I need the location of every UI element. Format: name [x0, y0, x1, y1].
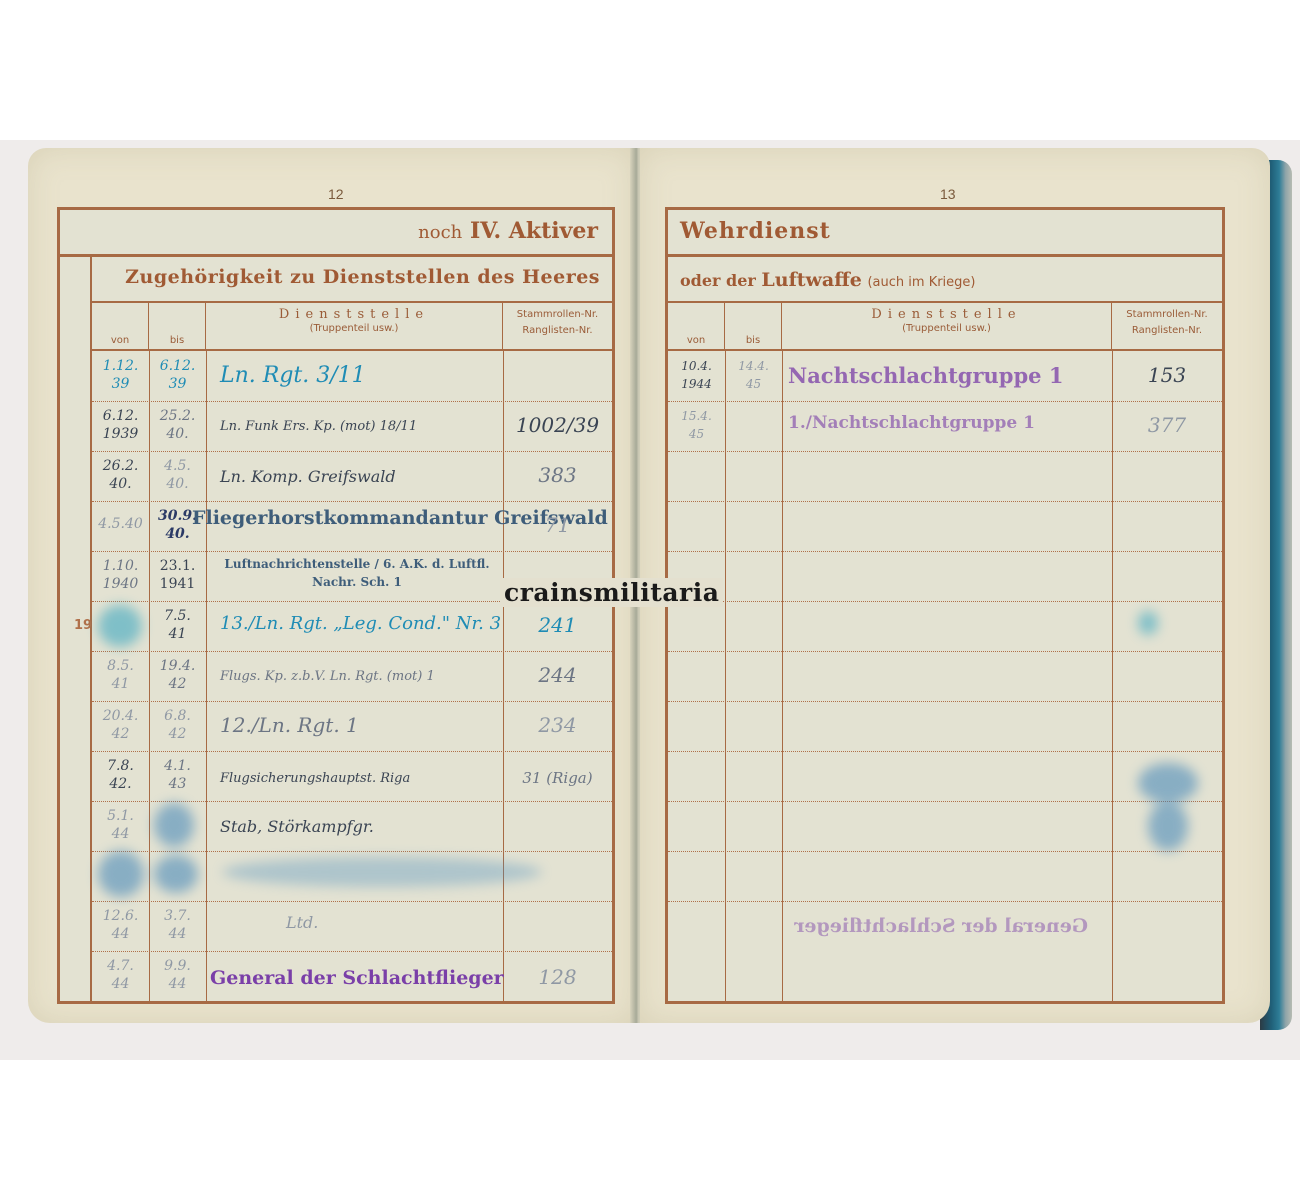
- table-body: 1.12. 39 6.12. 39 Ln. Rgt. 3/11 6.12. 19…: [92, 351, 612, 1001]
- page-subtitle: Zugehörigkeit zu Dienststellen des Heere…: [92, 257, 612, 303]
- right-page: 13 Wehrdienst oder der Luftwaffe (auch i…: [640, 148, 1270, 1023]
- ink-smudge: [154, 803, 194, 847]
- table-row: 5.1. 44 Stab, Störkampfgr.: [92, 801, 612, 852]
- table-row: [668, 701, 1222, 752]
- ink-smudge: [154, 855, 198, 893]
- page-number: 12: [328, 186, 344, 202]
- table-row: [668, 751, 1222, 802]
- table-row: 4.7. 44 9.9. 44 General der Schlachtflie…: [92, 951, 612, 1001]
- ink-smudge: [1138, 763, 1198, 803]
- table-row: 7.8. 42. 4.1. 43 Flugsicherungshauptst. …: [92, 751, 612, 802]
- page-title: noch IV. Aktiver: [60, 210, 612, 257]
- table-row: 10.4. 1944 14.4. 45 Nachtschlachtgruppe …: [668, 351, 1222, 402]
- stamp-offset-mirrored: General der Schlachtflieger: [708, 901, 1088, 965]
- table-header: von bis Dienststelle (Truppenteil usw.) …: [92, 303, 612, 351]
- header-dienststelle: Dienststelle (Truppenteil usw.): [782, 303, 1112, 349]
- table-row: 6.12. 1939 25.2. 40. Ln. Funk Ers. Kp. (…: [92, 401, 612, 452]
- table-row: [668, 801, 1222, 852]
- table-header: von bis Dienststelle (Truppenteil usw.) …: [668, 303, 1222, 351]
- table-body: 10.4. 1944 14.4. 45 Nachtschlachtgruppe …: [668, 351, 1222, 1001]
- table-row: [668, 601, 1222, 652]
- header-stammrollen: Stammrollen-Nr. Ranglisten-Nr.: [1112, 303, 1222, 349]
- table-row: 1.12. 39 6.12. 39 Ln. Rgt. 3/11: [92, 351, 612, 402]
- title-prefix: noch: [418, 222, 462, 243]
- watermark-text: crainsmilitaria: [500, 578, 723, 607]
- table-row: 20.4. 42 6.8. 42 12./Ln. Rgt. 1 234: [92, 701, 612, 752]
- stamp-general-der-schlachtflieger: General der Schlachtflieger: [210, 951, 510, 1017]
- header-stammrollen: Stammrollen-Nr. Ranglisten-Nr.: [503, 303, 612, 349]
- page-subtitle: oder der Luftwaffe (auch im Kriege): [668, 257, 1222, 303]
- header-von: von: [668, 303, 725, 349]
- ink-smudge: [98, 851, 144, 897]
- table-row: 7.5. 41 13./Ln. Rgt. „Leg. Cond." Nr. 3 …: [92, 601, 612, 652]
- margin-marker: 19: [74, 618, 92, 633]
- ink-smudge: [98, 605, 142, 647]
- ink-smudge: [222, 857, 542, 887]
- table-row: 15.4. 45 1./Nachtschlachtgruppe 1 377: [668, 401, 1222, 452]
- table-row: [668, 551, 1222, 602]
- page-title: Wehrdienst: [668, 210, 1222, 257]
- page-number: 13: [940, 186, 956, 202]
- table-row: General der Schlachtflieger: [668, 901, 1222, 951]
- table-row: 4.5.40 30.9. 40. Fliegerhorstkommandantu…: [92, 501, 612, 552]
- soldbuch-open-spread: 12 noch IV. Aktiver Zugehörigkeit zu Die…: [22, 148, 1292, 1038]
- table-row: [668, 451, 1222, 502]
- header-dienststelle: Dienststelle (Truppenteil usw.): [206, 303, 503, 349]
- ink-smudge: [1148, 801, 1188, 851]
- table-row: 8.5. 41 19.4. 42 Flugs. Kp. z.b.V. Ln. R…: [92, 651, 612, 702]
- stamp-fliegerhorst: Fliegerhorstkommandantur Greifswald: [192, 501, 522, 557]
- table-row: [668, 651, 1222, 702]
- title-main: IV. Aktiver: [470, 218, 598, 244]
- header-bis: bis: [149, 303, 206, 349]
- table-row: [668, 501, 1222, 552]
- stamp-luftnachrichtenstelle: Luftnachrichtenstelle / 6. A.K. d. Luftf…: [222, 551, 492, 605]
- header-bis: bis: [725, 303, 782, 349]
- table-row: [668, 851, 1222, 902]
- table-row: [92, 851, 612, 902]
- header-von: von: [92, 303, 149, 349]
- table-row: 26.2. 40. 4.5. 40. Ln. Komp. Greifswald …: [92, 451, 612, 502]
- ink-smudge: [1138, 611, 1158, 635]
- service-table-right: Wehrdienst oder der Luftwaffe (auch im K…: [665, 207, 1225, 1004]
- table-row: 12.6. 44 3.7. 44 Ltd.: [92, 901, 612, 952]
